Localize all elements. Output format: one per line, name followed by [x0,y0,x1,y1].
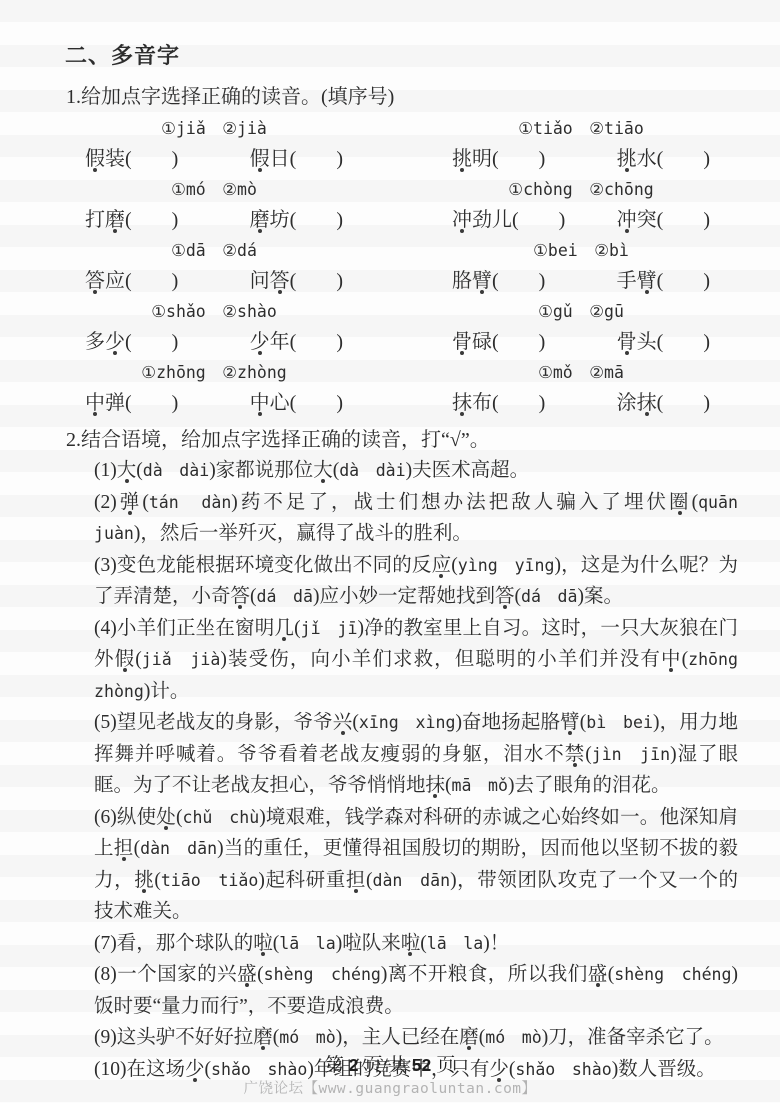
pinyin-options: ①mó ②mò [85,175,343,205]
page-number-text: 第 [325,1055,344,1076]
word-with-blank: 少年( ) [250,327,343,358]
pinyin-group-column: ①zhōng ②zhòng中弹( )中心( ) [85,358,343,419]
pinyin-group-column: ①gǔ ②gū骨碌( )骨头( ) [452,297,710,358]
dotted-char: 抹 [426,775,446,796]
pinyin-group-row: ①zhōng ②zhòng中弹( )中心( )①mǒ ②mā抹布( )涂抹( ) [64,358,738,419]
word-with-blank: 磨坊( ) [250,205,343,236]
dotted-char: 担 [114,838,134,859]
exercise1-groups: ①jiǎ ②jià假装( )假日( )①tiǎo ②tiāo挑明( )挑水( )… [64,114,738,419]
word-with-blank: 打磨( ) [85,205,178,236]
pinyin-group-row: ①dā ②dá答应( )问答( )①bei ②bì胳臂( )手臂( ) [64,236,738,297]
dotted-char: 挑 [134,870,154,891]
dotted-char: 应 [432,555,452,576]
word-with-blank: 涂抹( ) [617,388,710,419]
dotted-char: 圈 [669,492,692,513]
pinyin-choice: xīng xìng [359,713,456,732]
word-with-blank: 手臂( ) [617,266,710,297]
sentence-item: (1)大(dà dài)家都说那位大(dà dài)夫医术高超。 [94,455,738,487]
word-row: 冲劲儿( )冲突( ) [452,205,710,236]
dotted-char: 挑 [617,148,637,170]
sentence-item: (6)纵使处(chǔ chù)境艰难，钱学森对科研的赤诚之心始终如一。他深知肩上… [94,802,738,928]
worksheet-page: 二、多音字 1.给加点字选择正确的读音。(填序号) ①jiǎ ②jià假装( )… [0,0,780,1103]
pinyin-group-column: ①shǎo ②shào多少( )少年( ) [85,297,343,358]
dotted-char: 答 [85,270,105,292]
sentence-item: (2)弹(tán dàn)药不足了，战士们想办法把敌人骗入了埋伏圈(quān j… [94,487,738,550]
word-with-blank: 中心( ) [250,388,343,419]
sentence-item: (5)望见老战友的身影，爷爷兴(xīng xìng)奋地扬起胳臂(bì bei)… [94,707,738,802]
pinyin-choice: dàn dān [140,839,217,858]
pinyin-choice: jìn jīn [592,745,670,764]
dotted-char: 臂 [560,712,580,733]
dotted-char: 骨 [617,331,637,353]
sentence-item: (7)看，那个球队的啦(lā la)啦队来啦(lā la)！ [94,928,738,960]
dotted-char: 臂 [637,270,657,292]
dotted-char: 中 [661,649,682,670]
pinyin-choice: bì bei [586,713,653,732]
pinyin-options: ①tiǎo ②tiāo [452,114,710,144]
word-with-blank: 冲突( ) [617,205,710,236]
pinyin-options: ①jiǎ ②jià [85,114,343,144]
page-number-text: 页/共 [363,1055,406,1076]
word-with-blank: 假装( ) [85,144,178,175]
dotted-char: 磨 [250,209,270,231]
word-with-blank: 骨碌( ) [452,327,545,358]
pinyin-options: ①shǎo ②shào [85,297,343,327]
page-number-text: 页 [436,1055,455,1076]
word-row: 骨碌( )骨头( ) [452,327,710,358]
word-with-blank: 胳臂( ) [452,266,545,297]
dotted-char: 大 [313,460,333,481]
dotted-char: 兴 [333,712,353,733]
dotted-char: 少 [105,331,125,353]
exercise2-heading: 2.结合语境，给加点字选择正确的读音，打“√”。 [66,425,738,455]
word-with-blank: 挑明( ) [452,144,545,175]
current-page-number: 2 [349,1055,359,1075]
pinyin-group-column: ①mǒ ②mā抹布( )涂抹( ) [452,358,710,419]
pinyin-choice: mā mǒ [452,776,508,795]
exercise-1-section: 1.给加点字选择正确的读音。(填序号) ①jiǎ ②jià假装( )假日( )①… [64,82,738,419]
page-title: 二、多音字 [65,42,738,70]
word-row: 中弹( )中心( ) [85,388,343,419]
sentence-item: (4)小羊们正坐在窗明几(jǐ jī)净的教室里上自习。这时，一只大灰狼在门外假… [94,613,738,708]
pinyin-group-column: ①dā ②dá答应( )问答( ) [85,236,343,297]
pinyin-choice: dà dài [339,461,405,480]
pinyin-options: ①mǒ ②mā [452,358,710,388]
dotted-char: 大 [117,460,137,481]
word-row: 假装( )假日( ) [85,144,343,175]
word-row: 抹布( )涂抹( ) [452,388,710,419]
pinyin-group-row: ①jiǎ ②jià假装( )假日( )①tiǎo ②tiāo挑明( )挑水( ) [64,114,738,175]
word-with-blank: 假日( ) [250,144,343,175]
dotted-char: 中 [250,392,270,414]
dotted-char: 抹 [452,392,472,414]
dotted-char: 冲 [452,209,472,231]
exercise2-items: (1)大(dà dài)家都说那位大(dà dài)夫医术高超。(2)弹(tán… [64,455,738,1085]
dotted-char: 假 [115,649,136,670]
dotted-char: 盛 [237,964,257,985]
word-row: 多少( )少年( ) [85,327,343,358]
dotted-char: 答 [495,586,515,607]
dotted-char: 弹 [117,492,143,513]
page-number: 第2页/共52页 [0,1054,780,1077]
dotted-char: 答 [231,586,251,607]
word-with-blank: 多少( ) [85,327,178,358]
dotted-char: 担 [346,870,366,891]
dotted-char: 冲 [617,209,637,231]
dotted-char: 几 [274,618,294,639]
dotted-char: 假 [250,148,270,170]
total-page-number: 52 [412,1055,431,1075]
pinyin-choice: tiāo tiǎo [161,871,259,890]
pinyin-options: ①gǔ ②gū [452,297,710,327]
dotted-char: 盛 [588,964,608,985]
dotted-char: 磨 [105,209,125,231]
dotted-char: 禁 [565,744,585,765]
word-with-blank: 抹布( ) [452,388,545,419]
pinyin-options: ①chòng ②chōng [452,175,710,205]
pinyin-group-column: ①chòng ②chōng冲劲儿( )冲突( ) [452,175,710,236]
sentence-item: (9)这头驴不好好拉磨(mó mò)，主人已经在磨(mó mò)刀，准备宰杀它了… [94,1022,738,1054]
exercise1-heading: 1.给加点字选择正确的读音。(填序号) [66,82,738,112]
dotted-char: 抹 [637,392,657,414]
watermark: 广饶论坛【www.guangraoluntan.com】 [0,1080,780,1098]
pinyin-choice: chǔ chù [182,808,259,827]
word-row: 胳臂( )手臂( ) [452,266,710,297]
pinyin-choice: dá dā [257,587,313,606]
dotted-char: 假 [85,148,105,170]
pinyin-group-column: ①bei ②bì胳臂( )手臂( ) [452,236,710,297]
word-row: 答应( )问答( ) [85,266,343,297]
dotted-char: 磨 [253,1027,273,1048]
word-with-blank: 中弹( ) [85,388,178,419]
word-row: 挑明( )挑水( ) [452,144,710,175]
pinyin-group-row: ①mó ②mò打磨( )磨坊( )①chòng ②chōng冲劲儿( )冲突( … [64,175,738,236]
exercise-2-section: 2.结合语境，给加点字选择正确的读音，打“√”。 (1)大(dà dài)家都说… [64,425,738,1085]
sentence-item: (8)一个国家的兴盛(shèng chéng)离不开粮食，所以我们盛(shèng… [94,959,738,1022]
dotted-char: 答 [270,270,290,292]
word-row: 打磨( )磨坊( ) [85,205,343,236]
dotted-char: 挑 [452,148,472,170]
dotted-char: 少 [250,331,270,353]
pinyin-choice: tán dàn [149,493,231,512]
word-with-blank: 挑水( ) [617,144,710,175]
dotted-char: 啦 [401,933,421,954]
word-with-blank: 问答( ) [250,266,343,297]
pinyin-group-column: ①tiǎo ②tiāo挑明( )挑水( ) [452,114,710,175]
pinyin-choice: dá dā [521,587,577,606]
pinyin-options: ①dā ②dá [85,236,343,266]
dotted-char: 啦 [253,933,273,954]
dotted-char: 臂 [472,270,492,292]
pinyin-choice: dà dài [143,461,209,480]
pinyin-choice: lā la [279,934,335,953]
pinyin-choice: shèng chéng [264,965,381,984]
pinyin-choice: jiǎ jià [142,650,221,669]
pinyin-choice: lā la [427,934,483,953]
pinyin-choice: mó mò [279,1028,335,1047]
pinyin-choice: mó mò [485,1028,541,1047]
pinyin-group-column: ①jiǎ ②jià假装( )假日( ) [85,114,343,175]
word-with-blank: 骨头( ) [617,327,710,358]
dotted-char: 中 [85,392,105,414]
word-with-blank: 冲劲儿( ) [452,205,565,236]
dotted-char: 处 [156,807,176,828]
pinyin-group-column: ①mó ②mò打磨( )磨坊( ) [85,175,343,236]
pinyin-choice: shèng chéng [614,965,731,984]
dotted-char: 磨 [459,1027,479,1048]
dotted-char: 骨 [452,331,472,353]
pinyin-choice: jǐ jī [301,619,358,638]
pinyin-group-row: ①shǎo ②shào多少( )少年( )①gǔ ②gū骨碌( )骨头( ) [64,297,738,358]
word-with-blank: 答应( ) [85,266,178,297]
pinyin-choice: dàn dān [372,871,450,890]
pinyin-options: ①zhōng ②zhòng [85,358,343,388]
sentence-item: (3)变色龙能根据环境变化做出不同的反应(yìng yīng)，这是为什么呢？为… [94,550,738,613]
pinyin-choice: yìng yīng [458,556,555,575]
pinyin-options: ①bei ②bì [452,236,710,266]
